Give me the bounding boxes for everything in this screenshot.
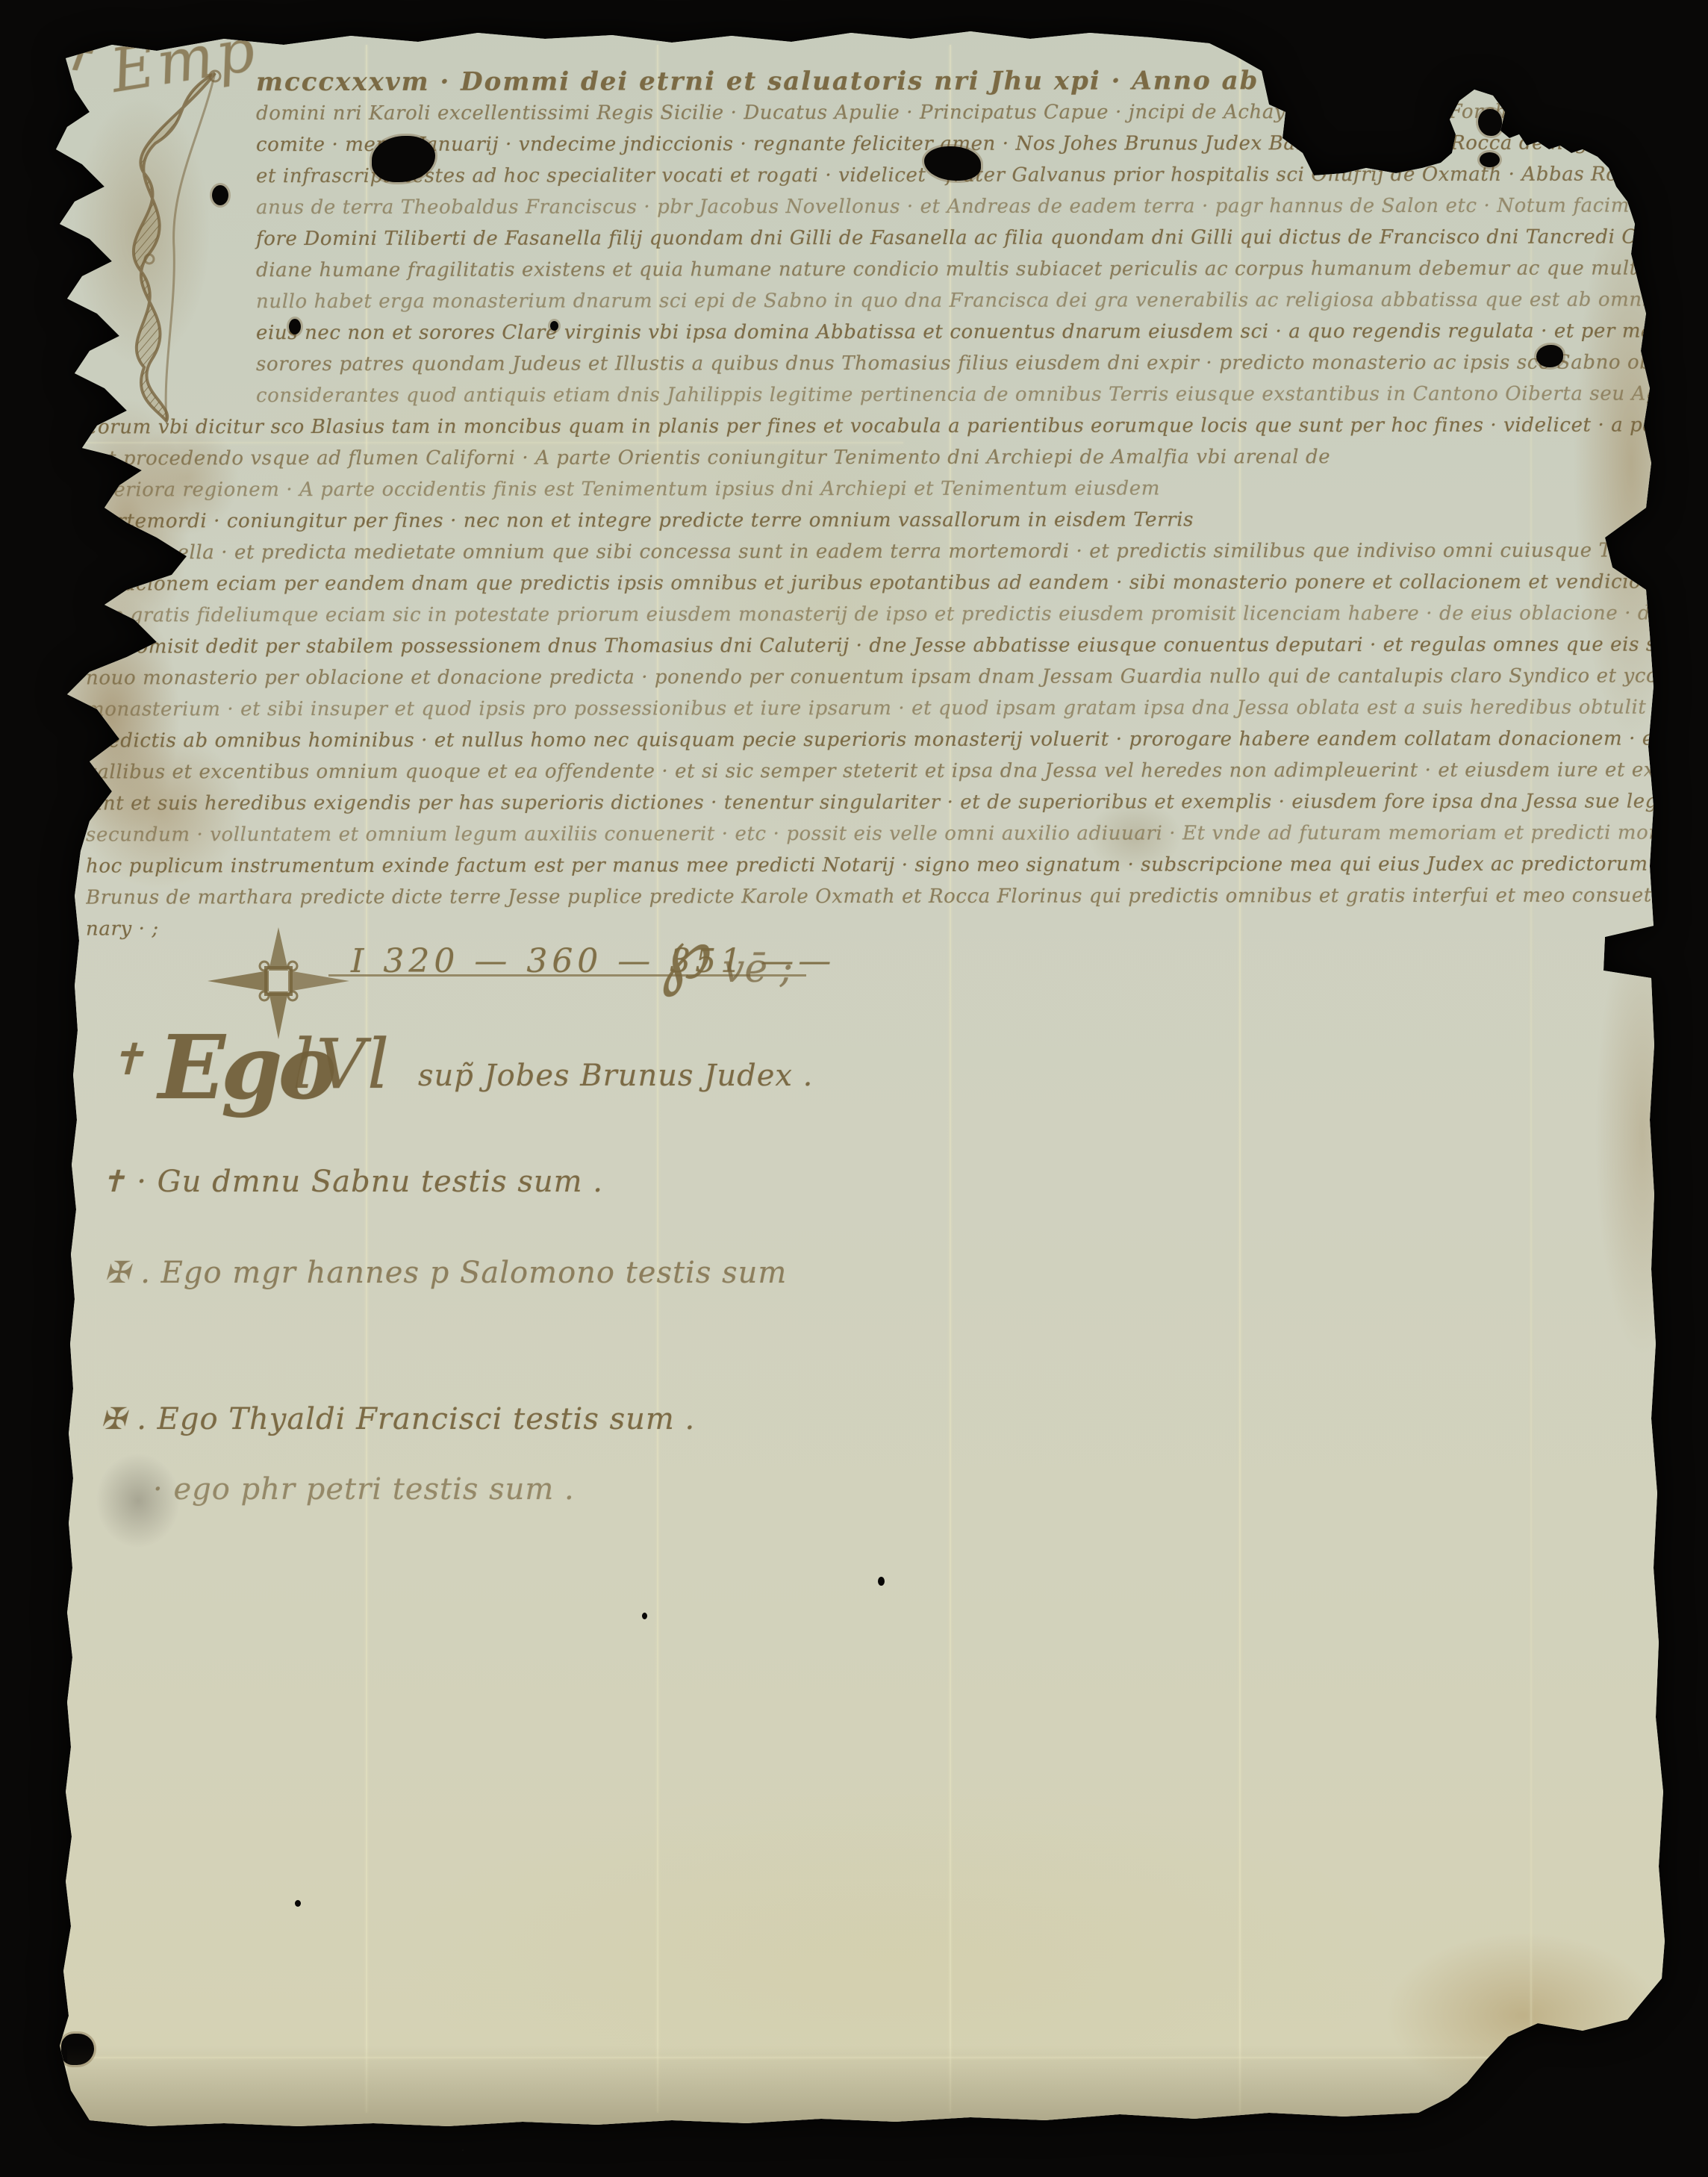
manuscript-line: interiora regionem · A parte occidentis …	[86, 473, 1657, 506]
manuscript-line: monasterium · et sibi insuper et quod ip…	[86, 692, 1657, 726]
dating-clause: mcccxxxvm · Dommi dei etrni et saluatori…	[256, 65, 1657, 98]
manuscript-line: fore Domini Tiliberti de Fasanella filij…	[86, 222, 1657, 255]
worm-hole	[642, 1613, 647, 1619]
manuscript-line: mortemordi · coniungitur per fines · nec…	[86, 504, 1657, 538]
witness-subscription: Gu dmnu Sabnu testis sum .	[158, 1165, 603, 1199]
subscription-cross: ✝ ·	[101, 1165, 147, 1199]
parchment-hole	[289, 319, 301, 334]
notary-flourish-tail: vē ;	[723, 947, 793, 991]
manuscript-line: et infrascripti testes ad hoc specialite…	[86, 159, 1657, 193]
manuscript-line: donacionem eciam per eandem dnam que pre…	[86, 567, 1657, 600]
manuscript-line: diane humane fragilitatis existens et qu…	[86, 253, 1657, 287]
parchment-hole	[212, 185, 228, 205]
worm-hole	[295, 1900, 301, 1907]
parchment-hole	[1478, 109, 1502, 136]
manuscript-line: sint et suis heredibus exigendis per has…	[86, 786, 1657, 820]
manuscript-line: Brunus de marthara predicte dicte terre …	[86, 880, 1657, 914]
judge-monogram-strokes: lVl	[293, 1024, 390, 1104]
witness-subscription: ego phr petri testis sum .	[173, 1472, 574, 1507]
manuscript-line: eius nec non et sorores Clare virginis v…	[86, 316, 1657, 349]
manuscript-line: vallibus et excentibus omnium quoque et …	[86, 755, 1657, 788]
witness-subscription: Ego mgr hannes p Salomono testis sum	[161, 1256, 788, 1290]
subscription-cross: ✠ .	[105, 1256, 151, 1290]
subscription-cross: ✠ .	[101, 1402, 147, 1436]
subscription-cross: ·	[153, 1472, 163, 1507]
manuscript-line: nullo habet erga monasterium dnarum sci …	[86, 284, 1657, 318]
parchment-surface: ✝ Emp mcccxxxvm · Dommi dei etrni et sal…	[0, 0, 1708, 2177]
manuscript-line: predictis ab omnibus hominibus · et null…	[86, 723, 1657, 757]
manuscript-line: anus de terra Theobaldus Franciscus · pb…	[86, 190, 1657, 224]
manuscript-line: que gratis fideliumque eciam sic in pote…	[86, 598, 1657, 632]
manuscript-line: est procedendo vsque ad flumen Californi…	[86, 441, 1657, 475]
manuscript-line: domini nri Karoli excellentissimi Regis …	[86, 96, 1657, 130]
witness-subscription: Ego Thyaldi Francisci testis sum .	[158, 1402, 696, 1436]
manuscript-line: considerantes quod antiquis etiam dnis J…	[86, 379, 1657, 412]
manuscript-line: ut promisit dedit per stabilem possessio…	[86, 629, 1657, 663]
worm-hole	[878, 1577, 885, 1586]
manuscript-line: nouo monasterio per oblacione et donacio…	[86, 661, 1657, 694]
manuscript-line: de Fasanella · et predicta medietate omn…	[86, 535, 1657, 569]
parchment-sheet: ✝ Emp mcccxxxvm · Dommi dei etrni et sal…	[0, 0, 1708, 2177]
manuscript-line: hoc puplicum instrumentum exinde factum …	[86, 849, 1657, 882]
manuscript-line: mcccxxxvm · Dommi dei etrni et saluatori…	[86, 65, 1657, 99]
manuscript-line: comite · mense Januarij · vndecime jndic…	[86, 128, 1657, 161]
manuscript-line: eorum vbi dicitur sco Blasius tam in mon…	[86, 410, 1657, 443]
subscription-cross: ✝	[109, 1034, 146, 1085]
parchment-hole	[550, 321, 558, 331]
bottom-curl-shadow	[67, 2046, 1663, 2126]
judge-subscription: sup̃ Jobes Brunus Judex .	[418, 1059, 813, 1093]
parchment-hole	[1480, 152, 1500, 167]
manuscript-line: secundum · volluntatem et omnium legum a…	[86, 817, 1657, 851]
charter-text-block: mcccxxxvm · Dommi dei etrni et saluatori…	[86, 66, 1657, 944]
manuscript-line: sorores patres quondam Judeus et Illusti…	[86, 347, 1657, 381]
parchment-hole	[1536, 345, 1563, 367]
